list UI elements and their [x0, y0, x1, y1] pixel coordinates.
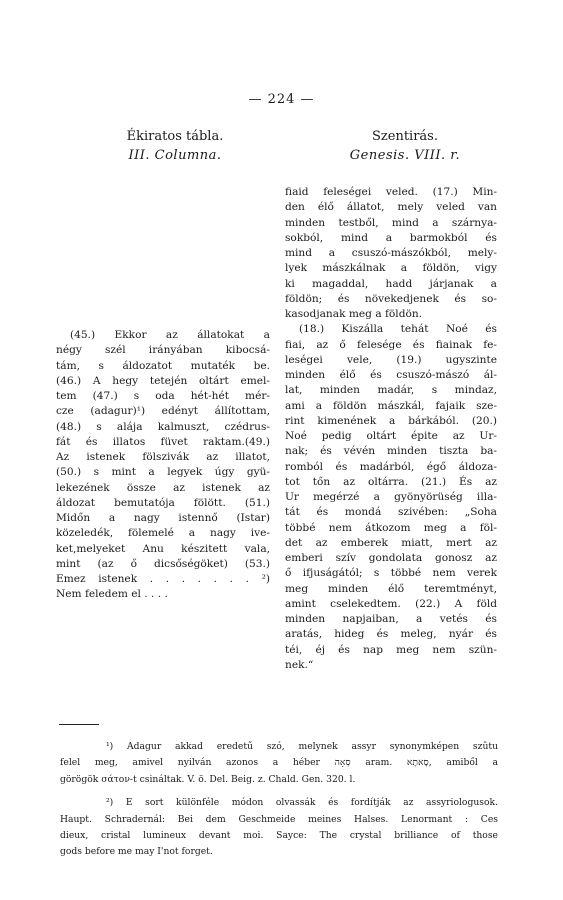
- text-line: (48.) s alája kalmuszt, czédrus-: [56, 420, 270, 435]
- text-line: aratás, hideg és meleg, nyár és: [285, 627, 497, 642]
- footnotes: ¹) Adagur akkad eredetű szó, melynek ass…: [60, 739, 498, 861]
- text-line: lyek mászkálnak a földön, vigy: [285, 261, 497, 276]
- footnote-line: Haupt. Schradernál: Bei dem Geschmeide m…: [60, 812, 498, 828]
- text-line: áldozat bemutatója fölött. (51.): [56, 496, 270, 511]
- footnote-line: ¹) Adagur akkad eredetű szó, melynek ass…: [60, 739, 498, 755]
- text-line: minden testből, mind a szárnya-: [285, 216, 497, 231]
- footnote-line: dieux, cristal lumineux devant moi. Sayc…: [60, 828, 498, 844]
- text-line: kasodjanak meg a földön.: [285, 307, 497, 322]
- text-line: tem (47.) s oda hét-hét mér-: [56, 389, 270, 404]
- text-line: leségei vele, (19.) ugyszinte: [285, 353, 497, 368]
- right-column-subtitle: Genesis. VIII. r.: [290, 148, 520, 163]
- text-line: romból és madárból, égő áldoza-: [285, 460, 497, 475]
- text-line: tát és mondá szivében: „Soha: [285, 505, 497, 520]
- footnote-line: ²) E sort különféle módon olvassák és fo…: [60, 795, 498, 811]
- text-line: ami a földön mászkál, fajaik sze-: [285, 399, 497, 414]
- footnote-line: görögök σάτον-t csináltak. V. ö. Del. Be…: [60, 772, 498, 788]
- text-line: amint cselekedtem. (22.) A föld: [285, 597, 497, 612]
- text-line: mint (az ő dicsőségöket) (53.): [56, 557, 270, 572]
- text-line: ő ifjuságától; s többé nem verek: [285, 566, 497, 581]
- right-column-text: fiaid feleségei veled. (17.) Min- den él…: [285, 185, 497, 673]
- left-column-title: Ékiratos tábla.: [80, 129, 270, 144]
- text-line: emberi szív gondolata gonosz az: [285, 551, 497, 566]
- footnote-1: ¹) Adagur akkad eredetű szó, melynek ass…: [60, 739, 498, 788]
- footnote-2: ²) E sort különféle módon olvassák és fo…: [60, 795, 498, 861]
- text-line: négy szél irányában kibocsá-: [56, 343, 270, 358]
- text-line: Nem feledem el . . . .: [56, 587, 270, 602]
- text-line: Noé pedig oltárt épite az Ur-: [285, 429, 497, 444]
- text-line: ki magaddal, hadd járjanak a: [285, 277, 497, 292]
- text-line: (50.) s mint a legyek úgy gyü-: [56, 465, 270, 480]
- text-line: nak; és vévén minden tiszta ba-: [285, 444, 497, 459]
- text-line: Ur megérzé a gyönyörüség illa-: [285, 490, 497, 505]
- footnote-divider: [59, 724, 99, 725]
- text-line: közeledék, fölemelé a nagy ive-: [56, 526, 270, 541]
- text-line: rint kimenének a bárkából. (20.): [285, 414, 497, 429]
- text-line: cze (adagur)¹) edényt állítottam,: [56, 404, 270, 419]
- text-line: lekezének össze az istenek az: [56, 481, 270, 496]
- text-line: (46.) A hegy tetején oltárt emel-: [56, 374, 270, 389]
- text-line: Emez istenek . . . . . . . ²): [56, 572, 270, 587]
- left-column-subtitle: III. Columna.: [80, 148, 270, 163]
- text-line: tám, s áldozatot mutaték be.: [56, 359, 270, 374]
- right-column-heading: Szentirás. Genesis. VIII. r.: [290, 129, 520, 163]
- text-line: den élő állatot, mely veled van: [285, 200, 497, 215]
- text-line: lat, minden madár, s mindaz,: [285, 383, 497, 398]
- text-line: földön; és növekedjenek és so-: [285, 292, 497, 307]
- text-line: nek.“: [285, 658, 497, 673]
- footnote-line: gods before me may I'not forget.: [60, 844, 498, 860]
- text-line: Midőn a nagy istennő (Istar): [56, 511, 270, 526]
- right-column-title: Szentirás.: [290, 129, 520, 144]
- text-line: (45.) Ekkor az állatokat a: [56, 328, 270, 343]
- text-line: tot tőn az oltárra. (21.) És az: [285, 475, 497, 490]
- text-line: mind a csuszó-mászókból, mely-: [285, 246, 497, 261]
- left-column-text: (45.) Ekkor az állatokat a négy szél irá…: [56, 328, 270, 603]
- text-line: sokból, mind a barmokból és: [285, 231, 497, 246]
- text-line: meg minden élő teremtményt,: [285, 582, 497, 597]
- footnote-line: felel meg, amivel nyilván azonos a héber…: [60, 755, 498, 771]
- page-number: — 224 —: [0, 92, 563, 107]
- text-line: minden élő és csuszó-mászó ál-: [285, 368, 497, 383]
- left-column-heading: Ékiratos tábla. III. Columna.: [80, 129, 270, 163]
- text-line: Az istenek fölszivák az illatot,: [56, 450, 270, 465]
- text-line: fiai, az ő felesége és fiainak fe-: [285, 338, 497, 353]
- text-line: többé nem átkozom meg a föl-: [285, 521, 497, 536]
- text-line: minden napjaiban, a vetés és: [285, 612, 497, 627]
- text-line: (18.) Kiszálla tehát Noé és: [285, 322, 497, 337]
- text-line: ket,melyeket Anu készitett vala,: [56, 542, 270, 557]
- text-line: téi, éj és nap meg nem szün-: [285, 643, 497, 658]
- text-line: fiaid feleségei veled. (17.) Min-: [285, 185, 497, 200]
- text-line: det az emberek miatt, mert az: [285, 536, 497, 551]
- text-line: fát és illatos füvet raktam.(49.): [56, 435, 270, 450]
